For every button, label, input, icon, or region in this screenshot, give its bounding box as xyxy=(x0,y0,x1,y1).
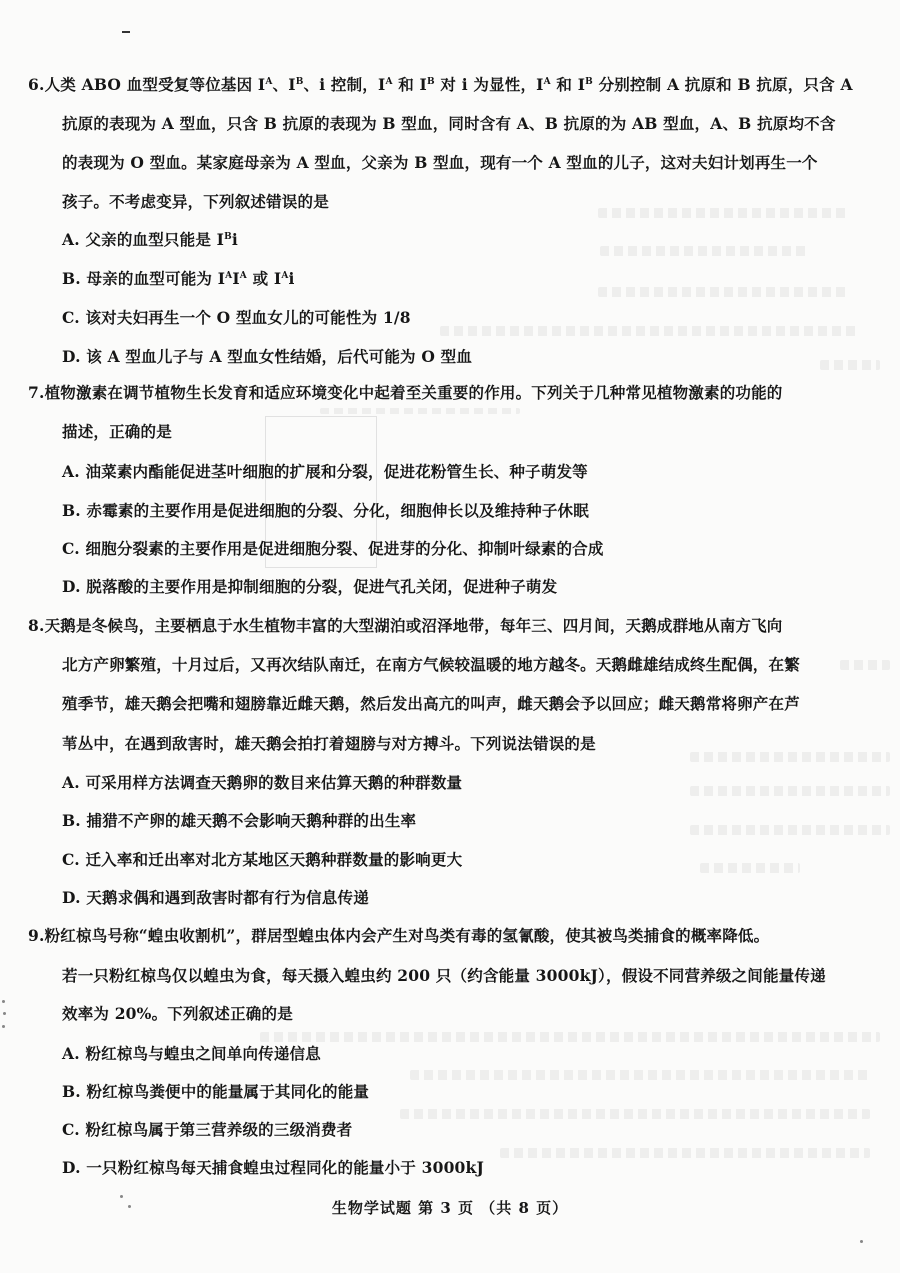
option-label: A. xyxy=(62,773,80,792)
q9-stem-line-1: 9.粉红椋鸟号称“蝗虫收割机”，群居型蝗虫体内会产生对鸟类有毒的氢氰酸，使其被鸟… xyxy=(28,926,769,946)
q9-option-a: A. 粉红椋鸟与蝗虫之间单向传递信息 xyxy=(62,1044,321,1064)
q7-option-c: C. 细胞分裂素的主要作用是促进细胞分裂、促进芽的分化、抑制叶绿素的合成 xyxy=(62,539,604,559)
show-through-text xyxy=(820,360,880,370)
stem-text: 天鹅是冬候鸟，主要栖息于水生植物丰富的大型湖泊或沼泽地带，每年三、四月间，天鹅成… xyxy=(45,616,783,635)
q8-stem-line-3: 殖季节，雄天鹅会把嘴和翅膀靠近雌天鹅，然后发出高亢的叫声，雌天鹅会予以回应；雌天… xyxy=(62,694,800,714)
show-through-text xyxy=(600,246,810,256)
option-label: B. xyxy=(62,1082,81,1101)
q9-option-c: C. 粉红椋鸟属于第三营养级的三级消费者 xyxy=(62,1120,352,1140)
show-through-text xyxy=(320,408,520,414)
option-text: 捕猎不产卵的雄天鹅不会影响天鹅种群的出生率 xyxy=(87,811,417,830)
q9-stem-line-3: 效率为 20%。下列叙述正确的是 xyxy=(62,1004,293,1024)
show-through-text xyxy=(598,208,848,218)
option-text: 一只粉红椋鸟每天捕食蝗虫过程同化的能量小于 3000kJ xyxy=(86,1158,484,1177)
option-label: A. xyxy=(62,462,80,481)
option-label: B. xyxy=(62,811,81,830)
show-through-text xyxy=(410,1070,870,1080)
show-through-text xyxy=(690,786,890,796)
option-text: 细胞分裂素的主要作用是促进细胞分裂、促进芽的分化、抑制叶绿素的合成 xyxy=(85,539,603,558)
q8-option-c: C. 迁入率和迁出率对北方某地区天鹅种群数量的影响更大 xyxy=(62,850,462,870)
q7-option-b: B. 赤霉素的主要作用是促进细胞的分裂、分化，细胞伸长以及维持种子休眠 xyxy=(62,501,589,521)
option-label: D. xyxy=(62,577,81,596)
question-number: 8. xyxy=(28,616,45,635)
option-label: D. xyxy=(62,888,81,907)
q9-option-d: D. 一只粉红椋鸟每天捕食蝗虫过程同化的能量小于 3000kJ xyxy=(62,1158,484,1178)
scan-mark xyxy=(122,31,130,33)
scan-speck xyxy=(2,1025,5,1028)
q7-option-a: A. 油菜素内酯能促进茎叶细胞的扩展和分裂，促进花粉管生长、种子萌发等 xyxy=(62,462,588,482)
q6-stem-line-4: 孩子。不考虑变异，下列叙述错误的是 xyxy=(62,192,329,212)
option-label: A. xyxy=(62,1044,80,1063)
question-number: 6.人类 ABO 血型受复等位基因 IA、IB、i 控制，IA 和 IB 对 i… xyxy=(28,75,853,95)
option-text: 油菜素内酯能促进茎叶细胞的扩展和分裂，促进花粉管生长、种子萌发等 xyxy=(85,462,587,481)
option-label: C. xyxy=(62,539,80,558)
option-label: B. xyxy=(62,501,81,520)
option-text: 天鹅求偶和遇到敌害时都有行为信息传递 xyxy=(86,888,369,907)
show-through-text xyxy=(500,1148,870,1158)
scan-speck xyxy=(3,1012,6,1015)
option-text: 粉红椋鸟属于第三营养级的三级消费者 xyxy=(85,1120,352,1139)
question-number: 9. xyxy=(28,926,45,945)
option-label: C. xyxy=(62,308,80,327)
q6-stem-line-1: 人类 ABO 血型受复等位基因 IA、IB、i 控制，IA 和 IB 对 i 为… xyxy=(45,75,853,94)
option-label: B. xyxy=(62,269,81,288)
stem-text: 植物激素在调节植物生长发育和适应环境变化中起着至关重要的作用。下列关于几种常见植… xyxy=(45,383,783,402)
show-through-text xyxy=(840,660,890,670)
q6-number: 6. xyxy=(28,75,45,94)
scan-speck xyxy=(2,1000,5,1003)
q6-option-a: A. 父亲的血型只能是 IBi xyxy=(62,230,238,250)
q6-stem-line-3: 的表现为 O 型血。某家庭母亲为 A 型血，父亲为 B 型血，现有一个 A 型血… xyxy=(62,153,818,173)
option-text: 该 A 型血儿子与 A 型血女性结婚，后代可能为 O 型血 xyxy=(86,347,472,366)
q9-stem-line-2: 若一只粉红椋鸟仅以蝗虫为食，每天摄入蝗虫约 200 只（约含能量 3000kJ）… xyxy=(62,966,826,986)
q7-stem-line-2: 描述，正确的是 xyxy=(62,422,172,442)
show-through-text xyxy=(400,1109,870,1119)
option-label: C. xyxy=(62,850,80,869)
show-through-text xyxy=(690,752,890,762)
q6-stem-line-2: 抗原的表现为 A 型血，只含 B 抗原的表现为 B 型血，同时含有 A、B 抗原… xyxy=(62,114,836,134)
q6-option-b: B. 母亲的血型可能为 IAIA 或 IAi xyxy=(62,269,295,289)
q7-option-d: D. 脱落酸的主要作用是抑制细胞的分裂，促进气孔关闭，促进种子萌发 xyxy=(62,577,557,597)
q8-option-a: A. 可采用样方法调查天鹅卵的数目来估算天鹅的种群数量 xyxy=(62,773,462,793)
option-text: 粉红椋鸟与蝗虫之间单向传递信息 xyxy=(85,1044,321,1063)
option-text: 迁入率和迁出率对北方某地区天鹅种群数量的影响更大 xyxy=(85,850,462,869)
q8-stem-line-4: 苇丛中，在遇到敌害时，雄天鹅会拍打着翅膀与对方搏斗。下列说法错误的是 xyxy=(62,734,596,754)
show-through-text xyxy=(700,863,800,873)
show-through-text xyxy=(690,825,890,835)
show-through-text xyxy=(440,326,860,336)
option-text: 赤霉素的主要作用是促进细胞的分裂、分化，细胞伸长以及维持种子休眠 xyxy=(87,501,589,520)
option-label: C. xyxy=(62,1120,80,1139)
exam-page: 6.人类 ABO 血型受复等位基因 IA、IB、i 控制，IA 和 IB 对 i… xyxy=(0,0,900,1273)
q8-stem-line-2: 北方产卵繁殖，十月过后，又再次结队南迁，在南方气候较温暖的地方越冬。天鹅雌雄结成… xyxy=(62,655,800,675)
option-text: 该对夫妇再生一个 O 型血女儿的可能性为 1/8 xyxy=(85,308,410,327)
page-footer: 生物学试题 第 3 页 （共 8 页） xyxy=(0,1197,900,1218)
show-through-text xyxy=(598,287,848,297)
q6-option-d: D. 该 A 型血儿子与 A 型血女性结婚，后代可能为 O 型血 xyxy=(62,347,472,367)
scan-speck xyxy=(860,1240,863,1243)
option-text: 可采用样方法调查天鹅卵的数目来估算天鹅的种群数量 xyxy=(85,773,462,792)
q6-option-c: C. 该对夫妇再生一个 O 型血女儿的可能性为 1/8 xyxy=(62,308,411,328)
show-through-text xyxy=(260,1032,880,1042)
q8-stem-line-1: 8.天鹅是冬候鸟，主要栖息于水生植物丰富的大型湖泊或沼泽地带，每年三、四月间，天… xyxy=(28,616,783,636)
q9-option-b: B. 粉红椋鸟粪便中的能量属于其同化的能量 xyxy=(62,1082,369,1102)
q7-stem-line-1: 7.植物激素在调节植物生长发育和适应环境变化中起着至关重要的作用。下列关于几种常… xyxy=(28,383,783,403)
option-label: D. xyxy=(62,347,81,366)
option-text: 粉红椋鸟粪便中的能量属于其同化的能量 xyxy=(87,1082,370,1101)
q8-option-b: B. 捕猎不产卵的雄天鹅不会影响天鹅种群的出生率 xyxy=(62,811,416,831)
option-label: D. xyxy=(62,1158,81,1177)
option-label: A. xyxy=(62,230,80,249)
stem-text: 粉红椋鸟号称“蝗虫收割机”，群居型蝗虫体内会产生对鸟类有毒的氢氰酸，使其被鸟类捕… xyxy=(45,926,770,945)
question-number: 7. xyxy=(28,383,45,402)
option-text: 脱落酸的主要作用是抑制细胞的分裂，促进气孔关闭，促进种子萌发 xyxy=(86,577,557,596)
q8-option-d: D. 天鹅求偶和遇到敌害时都有行为信息传递 xyxy=(62,888,369,908)
